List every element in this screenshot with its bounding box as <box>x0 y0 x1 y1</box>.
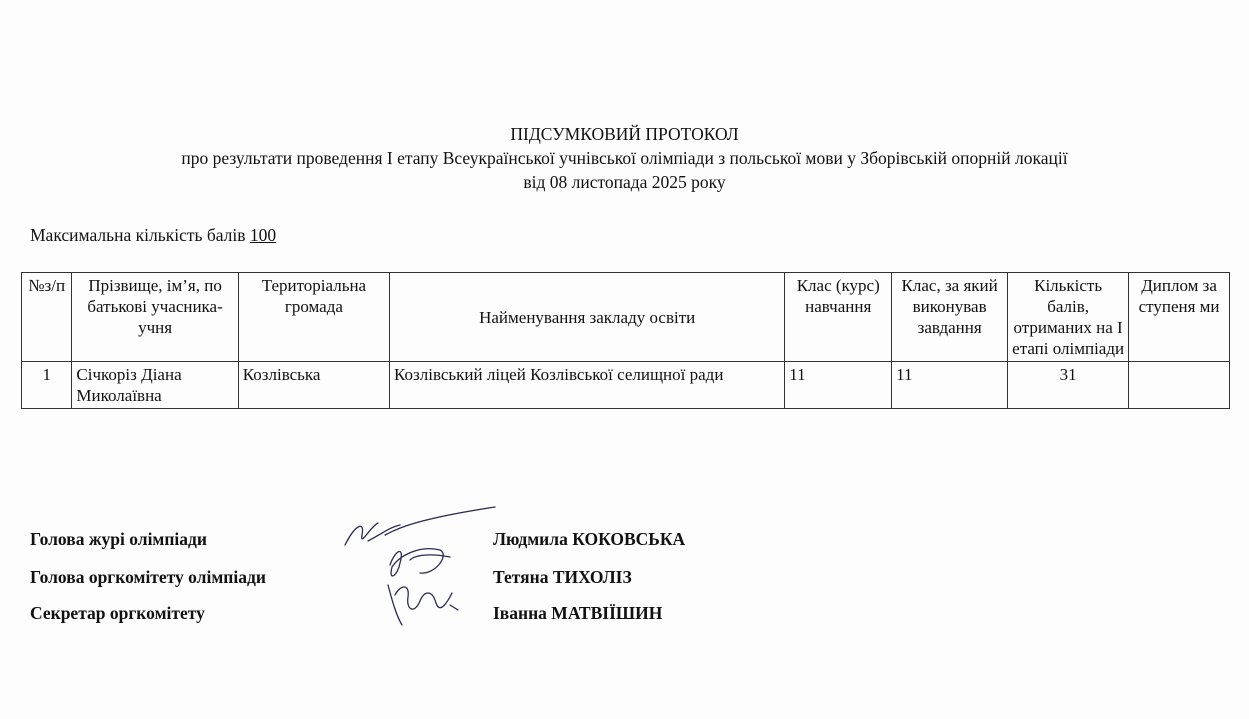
signature-name-secretary: Іванна МАТВІЇШИН <box>493 603 662 624</box>
table-row: 1 Січкоріз Діана Миколаївна Козлівська К… <box>22 362 1230 409</box>
cell-grade: 11 <box>785 362 892 409</box>
col-header-name: Прізвище, ім’я, по батькові учасника-учн… <box>72 273 238 362</box>
document-header: ПІДСУМКОВИЙ ПРОТОКОЛ про результати пров… <box>0 122 1249 194</box>
col-header-score: Кількість балів, отриманих на І етапі ол… <box>1008 273 1129 362</box>
max-score-line: Максимальна кількість балів 100 <box>30 225 276 246</box>
document-title: ПІДСУМКОВИЙ ПРОТОКОЛ <box>0 122 1249 146</box>
cell-name: Січкоріз Діана Миколаївна <box>72 362 238 409</box>
signature-name-orgcommittee-head: Тетяна ТИХОЛІЗ <box>493 567 632 588</box>
document-page: ПІДСУМКОВИЙ ПРОТОКОЛ про результати пров… <box>0 0 1249 719</box>
signature-role-secretary: Секретар оргкомітету <box>30 603 205 624</box>
cell-score: 31 <box>1008 362 1129 409</box>
signature-role-jury-head: Голова журі олімпіади <box>30 529 207 550</box>
table-header-row: №з/п Прізвище, ім’я, по батькові учасник… <box>22 273 1230 362</box>
max-score-label: Максимальна кількість балів <box>30 225 246 245</box>
cell-task-grade: 11 <box>892 362 1008 409</box>
col-header-school: Найменування закладу освіти <box>390 273 785 362</box>
cell-community: Козлівська <box>238 362 389 409</box>
handwritten-signatures <box>340 505 500 635</box>
cell-diploma <box>1129 362 1230 409</box>
signature-name-jury-head: Людмила КОКОВСЬКА <box>493 529 685 550</box>
cell-school: Козлівський ліцей Козлівської селищної р… <box>390 362 785 409</box>
max-score-value: 100 <box>250 225 276 245</box>
col-header-grade: Клас (курс) навчання <box>785 273 892 362</box>
col-header-task-grade: Клас, за який виконував завдання <box>892 273 1008 362</box>
signature-role-orgcommittee-head: Голова оргкомітету олімпіади <box>30 567 266 588</box>
signature-scribbles-icon <box>340 505 500 635</box>
col-header-diploma: Диплом за ступеня ми <box>1129 273 1230 362</box>
cell-number: 1 <box>22 362 72 409</box>
document-date: від 08 листопада 2025 року <box>0 170 1249 194</box>
document-subtitle: про результати проведення І етапу Всеукр… <box>0 146 1249 170</box>
results-table: №з/п Прізвище, ім’я, по батькові учасник… <box>21 272 1230 409</box>
col-header-community: Територіальна громада <box>238 273 389 362</box>
col-header-number: №з/п <box>22 273 72 362</box>
